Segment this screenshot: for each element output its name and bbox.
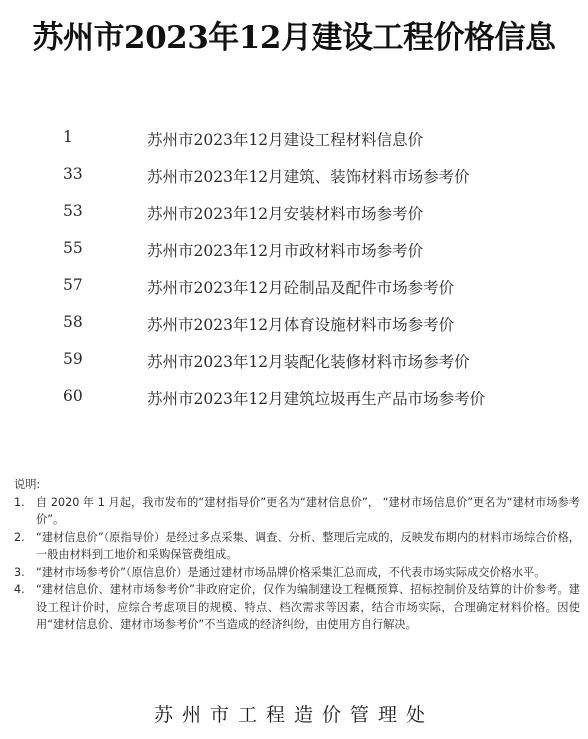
toc-page-number: 33 — [63, 165, 83, 183]
table-of-contents: 1 苏州市2023年12月建设工程材料信息价 33 苏州市2023年12月建筑、… — [0, 126, 588, 422]
toc-page-number: 60 — [63, 387, 83, 405]
toc-row: 57 苏州市2023年12月砼制品及配件市场参考价 — [0, 274, 588, 311]
note-number: 1. — [14, 494, 36, 529]
toc-entry-label: 苏州市2023年12月安装材料市场参考价 — [147, 202, 423, 224]
issuing-organization: 苏州市工程造价管理处 — [0, 700, 588, 727]
note-item: 1. 自 2020 年 1 月起，我市发布的“建材指导价”更名为“建材信息价”，… — [14, 494, 580, 529]
note-item: 4. “建材信息价、建材市场参考价”非政府定价，仅作为编制建设工程概预算、招标控… — [14, 581, 580, 634]
notes-heading: 说明: — [14, 476, 580, 494]
toc-page-number: 55 — [63, 239, 83, 257]
toc-page-number: 1 — [63, 128, 73, 146]
toc-row: 53 苏州市2023年12月安装材料市场参考价 — [0, 200, 588, 237]
note-item: 2. “建材信息价”（原指导价）是经过多点采集、调查、分析、整理后完成的，反映发… — [14, 529, 580, 564]
note-text: “建材市场参考价”（原信息价）是通过建材市场品牌价格采集汇总而成，不代表市场实际… — [36, 564, 580, 582]
toc-entry-label: 苏州市2023年12月建设工程材料信息价 — [147, 128, 423, 150]
toc-row: 59 苏州市2023年12月装配化装修材料市场参考价 — [0, 348, 588, 385]
toc-row: 60 苏州市2023年12月建筑垃圾再生产品市场参考价 — [0, 385, 588, 422]
note-text: “建材信息价”（原指导价）是经过多点采集、调查、分析、整理后完成的，反映发布期内… — [36, 529, 580, 564]
note-number: 2. — [14, 529, 36, 564]
toc-entry-label: 苏州市2023年12月体育设施材料市场参考价 — [147, 313, 454, 335]
toc-row: 55 苏州市2023年12月市政材料市场参考价 — [0, 237, 588, 274]
note-item: 3. “建材市场参考价”（原信息价）是通过建材市场品牌价格采集汇总而成，不代表市… — [14, 564, 580, 582]
toc-row: 33 苏州市2023年12月建筑、装饰材料市场参考价 — [0, 163, 588, 200]
toc-row: 1 苏州市2023年12月建设工程材料信息价 — [0, 126, 588, 163]
toc-page-number: 59 — [63, 350, 83, 368]
toc-entry-label: 苏州市2023年12月砼制品及配件市场参考价 — [147, 276, 454, 298]
note-text: “建材信息价、建材市场参考价”非政府定价，仅作为编制建设工程概预算、招标控制价及… — [36, 581, 580, 634]
toc-page-number: 53 — [63, 202, 83, 220]
toc-entry-label: 苏州市2023年12月装配化装修材料市场参考价 — [147, 350, 470, 372]
toc-row: 58 苏州市2023年12月体育设施材料市场参考价 — [0, 311, 588, 348]
toc-page-number: 58 — [63, 313, 83, 331]
note-number: 3. — [14, 564, 36, 582]
notes-section: 说明: 1. 自 2020 年 1 月起，我市发布的“建材指导价”更名为“建材信… — [14, 476, 580, 634]
toc-page-number: 57 — [63, 276, 83, 294]
note-number: 4. — [14, 581, 36, 634]
toc-entry-label: 苏州市2023年12月市政材料市场参考价 — [147, 239, 423, 261]
note-text: 自 2020 年 1 月起，我市发布的“建材指导价”更名为“建材信息价”， “建… — [36, 494, 580, 529]
toc-entry-label: 苏州市2023年12月建筑垃圾再生产品市场参考价 — [147, 387, 485, 409]
document-title: 苏州市2023年12月建设工程价格信息 — [0, 12, 588, 57]
toc-entry-label: 苏州市2023年12月建筑、装饰材料市场参考价 — [147, 165, 470, 187]
